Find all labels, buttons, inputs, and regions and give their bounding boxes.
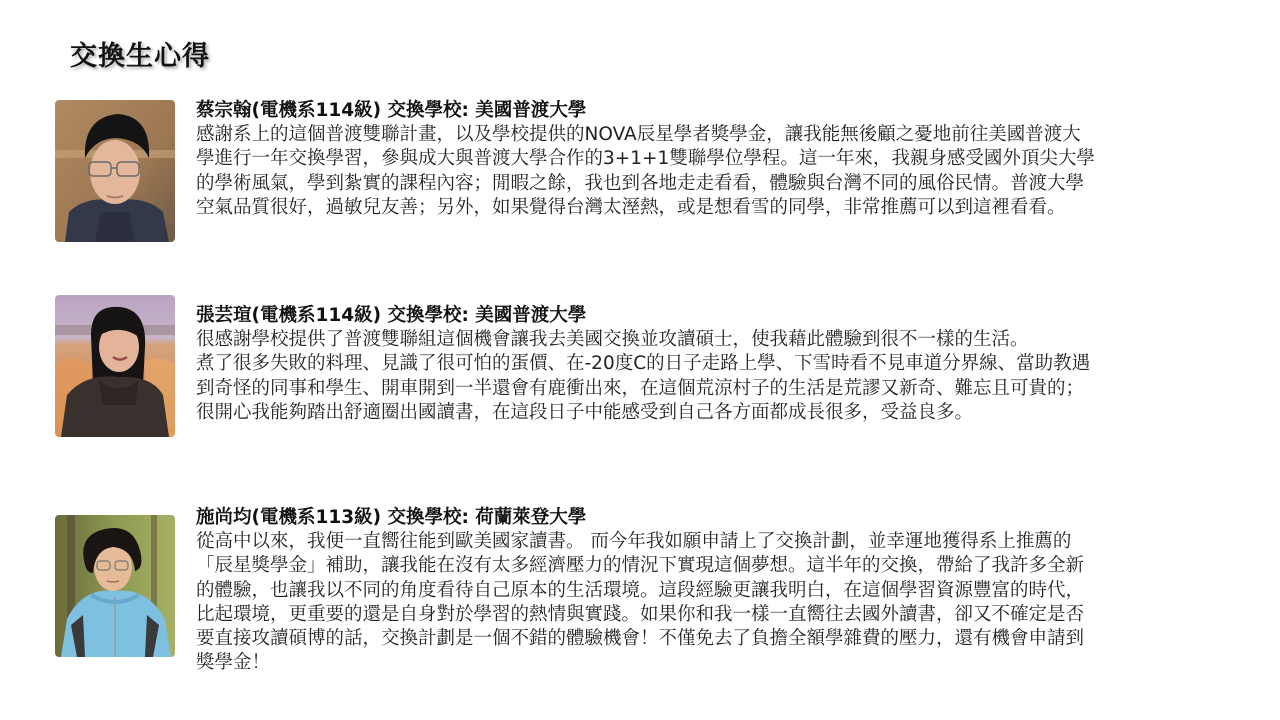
student-photo (55, 515, 175, 657)
student-photo (55, 295, 175, 437)
testimonial-line: 學進行一年交換學習，參與成大與普渡大學合作的3+1+1雙聯學位學程。這一年來，我… (196, 147, 1236, 171)
portrait-image (55, 295, 175, 437)
testimonial-text: 蔡宗翰(電機系114級) 交換學校: 美國普渡大學 感謝系上的這個普渡雙聯計畫，… (196, 99, 1236, 220)
page-title: 交換生心得 (70, 34, 210, 73)
testimonial-line: 的學術風氣，學到紮實的課程內容；閒暇之餘，我也到各地走走看看，體驗與台灣不同的風… (196, 172, 1236, 196)
testimonial-line: 很感謝學校提供了普渡雙聯組這個機會讓我去美國交換並攻讀碩士，使我藉此體驗到很不一… (196, 328, 1236, 352)
student-heading: 蔡宗翰(電機系114級) 交換學校: 美國普渡大學 (196, 99, 1236, 123)
testimonial-line: 到奇怪的同事和學生、開車開到一半還會有鹿衝出來，在這個荒涼村子的生活是荒謬又新奇… (196, 377, 1236, 401)
student-heading: 張芸瑄(電機系114級) 交換學校: 美國普渡大學 (196, 304, 1236, 328)
testimonial-line: 很開心我能夠踏出舒適圈出國讀書，在這段日子中能感受到自己各方面都成長很多，受益良… (196, 401, 1236, 425)
portrait-image (55, 515, 175, 657)
testimonial-line: 「辰星獎學金」補助，讓我能在沒有太多經濟壓力的情況下實現這個夢想。這半年的交換，… (196, 554, 1236, 578)
testimonial-line: 獎學金！ (196, 651, 1236, 675)
portrait-image (55, 100, 175, 242)
testimonial-line: 空氣品質很好，過敏兒友善；另外，如果覺得台灣太溼熱，或是想看雪的同學，非常推薦可… (196, 196, 1236, 220)
testimonial-text: 施尚均(電機系113級) 交換學校: 荷蘭萊登大學 從高中以來，我便一直嚮往能到… (196, 506, 1236, 675)
testimonial-line: 比起環境，更重要的還是自身對於學習的熱情與實踐。如果你和我一樣一直嚮往去國外讀書… (196, 603, 1236, 627)
student-photo (55, 100, 175, 242)
testimonial-line: 的體驗，也讓我以不同的角度看待自己原本的生活環境。這段經驗更讓我明白，在這個學習… (196, 579, 1236, 603)
testimonial-line: 煮了很多失敗的料理、見識了很可怕的蛋價、在-20度C的日子走路上學、下雪時看不見… (196, 352, 1236, 376)
testimonial-line: 要直接攻讀碩博的話，交換計劃是一個不錯的體驗機會！不僅免去了負擔全額學雜費的壓力… (196, 627, 1236, 651)
testimonial-line: 從高中以來，我便一直嚮往能到歐美國家讀書。 而今年我如願申請上了交換計劃，並幸運… (196, 530, 1236, 554)
testimonial-line: 感謝系上的這個普渡雙聯計畫，以及學校提供的NOVA辰星學者獎學金，讓我能無後顧之… (196, 123, 1236, 147)
testimonial-text: 張芸瑄(電機系114級) 交換學校: 美國普渡大學 很感謝學校提供了普渡雙聯組這… (196, 304, 1236, 425)
student-heading: 施尚均(電機系113級) 交換學校: 荷蘭萊登大學 (196, 506, 1236, 530)
